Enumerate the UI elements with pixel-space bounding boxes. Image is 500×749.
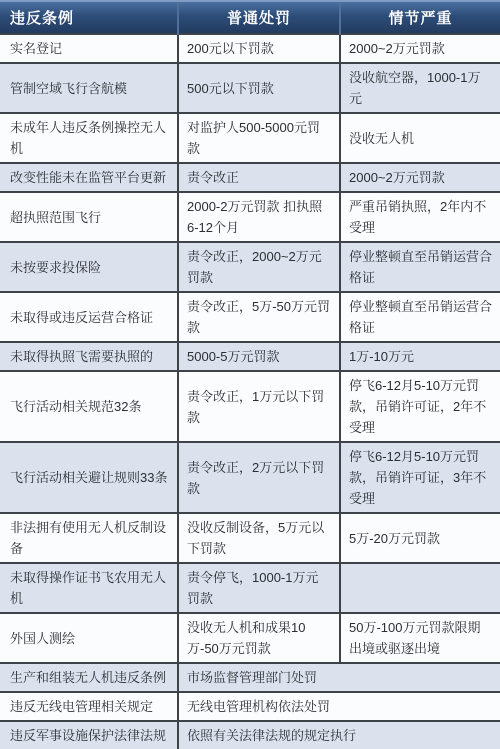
table-row: 未取得执照飞需要执照的 5000-5万元罚款 1万-10万元 (0, 342, 500, 371)
table-row: 未取得或违反运营合格证 责令改正，5万-50万元罚款 停业整顿直至吊销运营合格证 (0, 292, 500, 342)
merged-penalty-cell: 无线电管理机构依法处罚 (178, 692, 500, 721)
violation-cell: 违反无线电管理相关规定 (0, 692, 178, 721)
severe-penalty-cell: 5万-20万元罚款 (340, 513, 500, 563)
violation-cell: 改变性能未在监管平台更新 (0, 163, 178, 192)
column-header-severe-penalty: 情节严重 (340, 1, 500, 34)
table-row: 生产和组装无人机违反条例 市场监督管理部门处罚 (0, 663, 500, 692)
table-body: 实名登记 200元以下罚款 2000~2万元罚款 管制空域飞行含航模 500元以… (0, 34, 500, 749)
table-row: 外国人测绘 没收无人机和成果10万-50万元罚款 50万-100万元罚款限期出境… (0, 613, 500, 663)
table-row: 违反军事设施保护法律法规 依照有关法律法规的规定执行 (0, 721, 500, 749)
violation-cell: 未取得操作证书飞农用无人机 (0, 563, 178, 613)
violation-cell: 未取得执照飞需要执照的 (0, 342, 178, 371)
violation-cell: 违反军事设施保护法律法规 (0, 721, 178, 749)
severe-penalty-cell: 1万-10万元 (340, 342, 500, 371)
merged-penalty-cell: 依照有关法律法规的规定执行 (178, 721, 500, 749)
violation-cell: 外国人测绘 (0, 613, 178, 663)
normal-penalty-cell: 责令改正，5万-50万元罚款 (178, 292, 340, 342)
table-row: 飞行活动相关规范32条 责令改正，1万元以下罚款 停飞6-12月5-10万元罚款… (0, 371, 500, 442)
table-row: 未按要求投保险 责令改正，2000~2万元罚款 停业整顿直至吊销运营合格证 (0, 242, 500, 292)
table-row: 实名登记 200元以下罚款 2000~2万元罚款 (0, 34, 500, 63)
column-header-normal-penalty: 普通处罚 (178, 1, 340, 34)
normal-penalty-cell: 责令改正，2万元以下罚款 (178, 442, 340, 513)
table-row: 非法拥有使用无人机反制设备 没收反制设备，5万元以下罚款 5万-20万元罚款 (0, 513, 500, 563)
severe-penalty-cell: 2000~2万元罚款 (340, 34, 500, 63)
normal-penalty-cell: 责令改正，2000~2万元罚款 (178, 242, 340, 292)
merged-penalty-cell: 市场监督管理部门处罚 (178, 663, 500, 692)
severe-penalty-cell: 没收无人机 (340, 113, 500, 163)
normal-penalty-cell: 没收无人机和成果10万-50万元罚款 (178, 613, 340, 663)
severe-penalty-cell: 严重吊销执照，2年内不受理 (340, 192, 500, 242)
violation-cell: 未成年人违反条例操控无人机 (0, 113, 178, 163)
severe-penalty-cell: 停飞6-12月5-10万元罚款，吊销许可证，2年不受理 (340, 371, 500, 442)
table-header: 违反条例 普通处罚 情节严重 (0, 1, 500, 34)
severe-penalty-cell: 2000~2万元罚款 (340, 163, 500, 192)
violation-cell: 飞行活动相关规范32条 (0, 371, 178, 442)
violation-cell: 实名登记 (0, 34, 178, 63)
table-row: 未取得操作证书飞农用无人机 责令停飞，1000-1万元罚款 (0, 563, 500, 613)
violation-cell: 超执照范围飞行 (0, 192, 178, 242)
penalty-table-container: 违反条例 普通处罚 情节严重 实名登记 200元以下罚款 2000~2万元罚款 … (0, 0, 500, 749)
violation-cell: 飞行活动相关避让规则33条 (0, 442, 178, 513)
table-row: 改变性能未在监管平台更新 责令改正 2000~2万元罚款 (0, 163, 500, 192)
normal-penalty-cell: 2000-2万元罚款 扣执照6-12个月 (178, 192, 340, 242)
normal-penalty-cell: 500元以下罚款 (178, 63, 340, 113)
severe-penalty-cell: 停业整顿直至吊销运营合格证 (340, 242, 500, 292)
severe-penalty-cell: 停飞6-12月5-10万元罚款，吊销许可证，3年不受理 (340, 442, 500, 513)
drone-violation-penalty-table: 违反条例 普通处罚 情节严重 实名登记 200元以下罚款 2000~2万元罚款 … (0, 0, 500, 749)
severe-penalty-cell: 50万-100万元罚款限期出境或驱逐出境 (340, 613, 500, 663)
normal-penalty-cell: 责令停飞，1000-1万元罚款 (178, 563, 340, 613)
violation-cell: 非法拥有使用无人机反制设备 (0, 513, 178, 563)
table-row: 未成年人违反条例操控无人机 对监护人500-5000元罚款 没收无人机 (0, 113, 500, 163)
violation-cell: 未按要求投保险 (0, 242, 178, 292)
column-header-violation: 违反条例 (0, 1, 178, 34)
table-row: 违反无线电管理相关规定 无线电管理机构依法处罚 (0, 692, 500, 721)
table-row: 管制空域飞行含航模 500元以下罚款 没收航空器，1000-1万元 (0, 63, 500, 113)
severe-penalty-cell: 没收航空器，1000-1万元 (340, 63, 500, 113)
table-row: 飞行活动相关避让规则33条 责令改正，2万元以下罚款 停飞6-12月5-10万元… (0, 442, 500, 513)
violation-cell: 生产和组装无人机违反条例 (0, 663, 178, 692)
normal-penalty-cell: 责令改正，1万元以下罚款 (178, 371, 340, 442)
normal-penalty-cell: 责令改正 (178, 163, 340, 192)
severe-penalty-cell: 停业整顿直至吊销运营合格证 (340, 292, 500, 342)
normal-penalty-cell: 对监护人500-5000元罚款 (178, 113, 340, 163)
normal-penalty-cell: 200元以下罚款 (178, 34, 340, 63)
table-row: 超执照范围飞行 2000-2万元罚款 扣执照6-12个月 严重吊销执照，2年内不… (0, 192, 500, 242)
normal-penalty-cell: 5000-5万元罚款 (178, 342, 340, 371)
severe-penalty-cell (340, 563, 500, 613)
violation-cell: 管制空域飞行含航模 (0, 63, 178, 113)
violation-cell: 未取得或违反运营合格证 (0, 292, 178, 342)
header-row: 违反条例 普通处罚 情节严重 (0, 1, 500, 34)
normal-penalty-cell: 没收反制设备，5万元以下罚款 (178, 513, 340, 563)
